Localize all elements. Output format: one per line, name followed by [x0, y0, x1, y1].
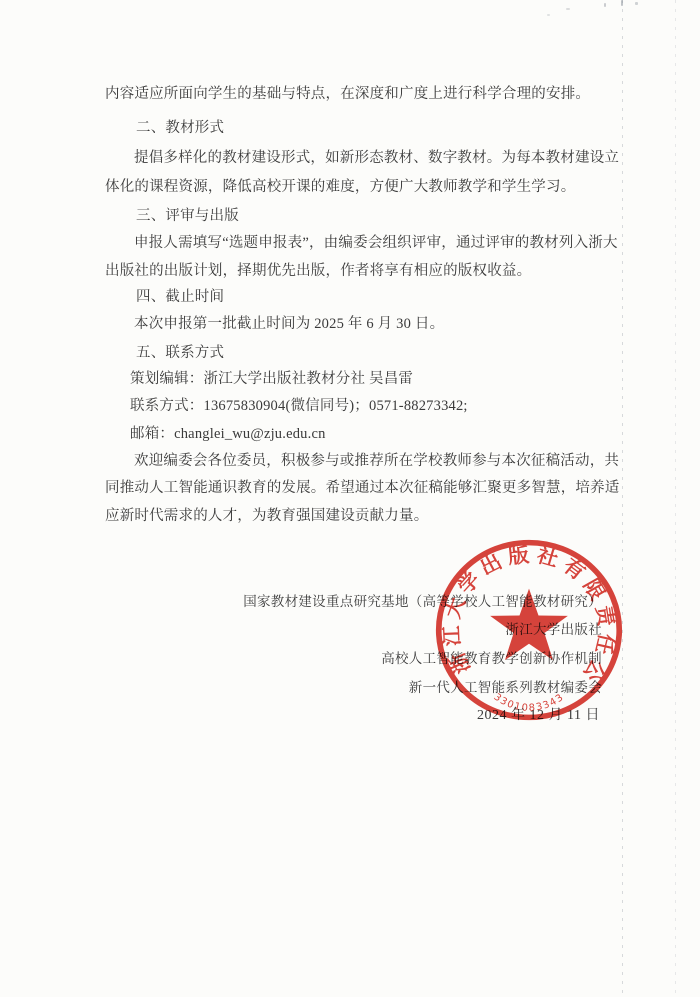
doc-line: 欢迎编委会各位委员，积极参与或推荐所在学校教师参与本次征稿活动，共 [134, 453, 619, 470]
scan-artifact-line [675, 0, 676, 997]
scan-speck [566, 8, 570, 10]
company-seal-stamp: 浙江大学出版社有限责任公司 3301083343 [434, 538, 624, 722]
doc-line: 出版社的出版计划，择期优先出版，作者将享有相应的版权收益。 [105, 263, 531, 280]
scanned-letter-page: 内容适应所面向学生的基础与特点，在深度和广度上进行科学合理的安排。 二、教材形式… [0, 0, 700, 997]
seal-code-number: 3301083343 [491, 692, 566, 714]
doc-line: 同推动人工智能通识教育的发展。希望通过本次征稿能够汇聚更多智慧，培养适 [105, 480, 620, 497]
section-heading-5: 五、联系方式 [136, 345, 224, 362]
scan-speck [621, 0, 623, 6]
doc-line: 提倡多样化的教材建设形式，如新形态教材、数字教材。为每本教材建设立 [134, 150, 619, 167]
doc-line: 体化的课程资源，降低高校开课的难度，方便广大教师教学和学生学习。 [105, 179, 575, 196]
section-heading-3: 三、评审与出版 [136, 208, 239, 225]
scan-speck [547, 14, 550, 16]
deadline-line: 本次申报第一批截止时间为 2025 年 6 月 30 日。 [134, 316, 444, 333]
doc-line: 应新时代需求的人才，为教育强国建设贡献力量。 [105, 508, 428, 525]
scan-speck [604, 3, 606, 7]
editor-contact-line: 策划编辑：浙江大学出版社教材分社 吴昌雷 [130, 371, 413, 388]
doc-line: 申报人需填写“选题申报表”，由编委会组织评审，通过评审的教材列入浙大 [134, 235, 618, 252]
phone-contact-line: 联系方式：13675830904(微信同号)；0571-88273342; [130, 398, 468, 415]
section-heading-2: 二、教材形式 [136, 120, 224, 137]
seal-star-icon [490, 589, 568, 661]
doc-line: 内容适应所面向学生的基础与特点，在深度和广度上进行科学合理的安排。 [105, 86, 590, 103]
email-contact-line: 邮箱：changlei_wu@zju.edu.cn [130, 426, 326, 443]
scan-speck [635, 2, 638, 5]
section-heading-4: 四、截止时间 [136, 289, 224, 306]
svg-text:3301083343: 3301083343 [491, 692, 566, 714]
scan-artifact-line [622, 0, 623, 997]
